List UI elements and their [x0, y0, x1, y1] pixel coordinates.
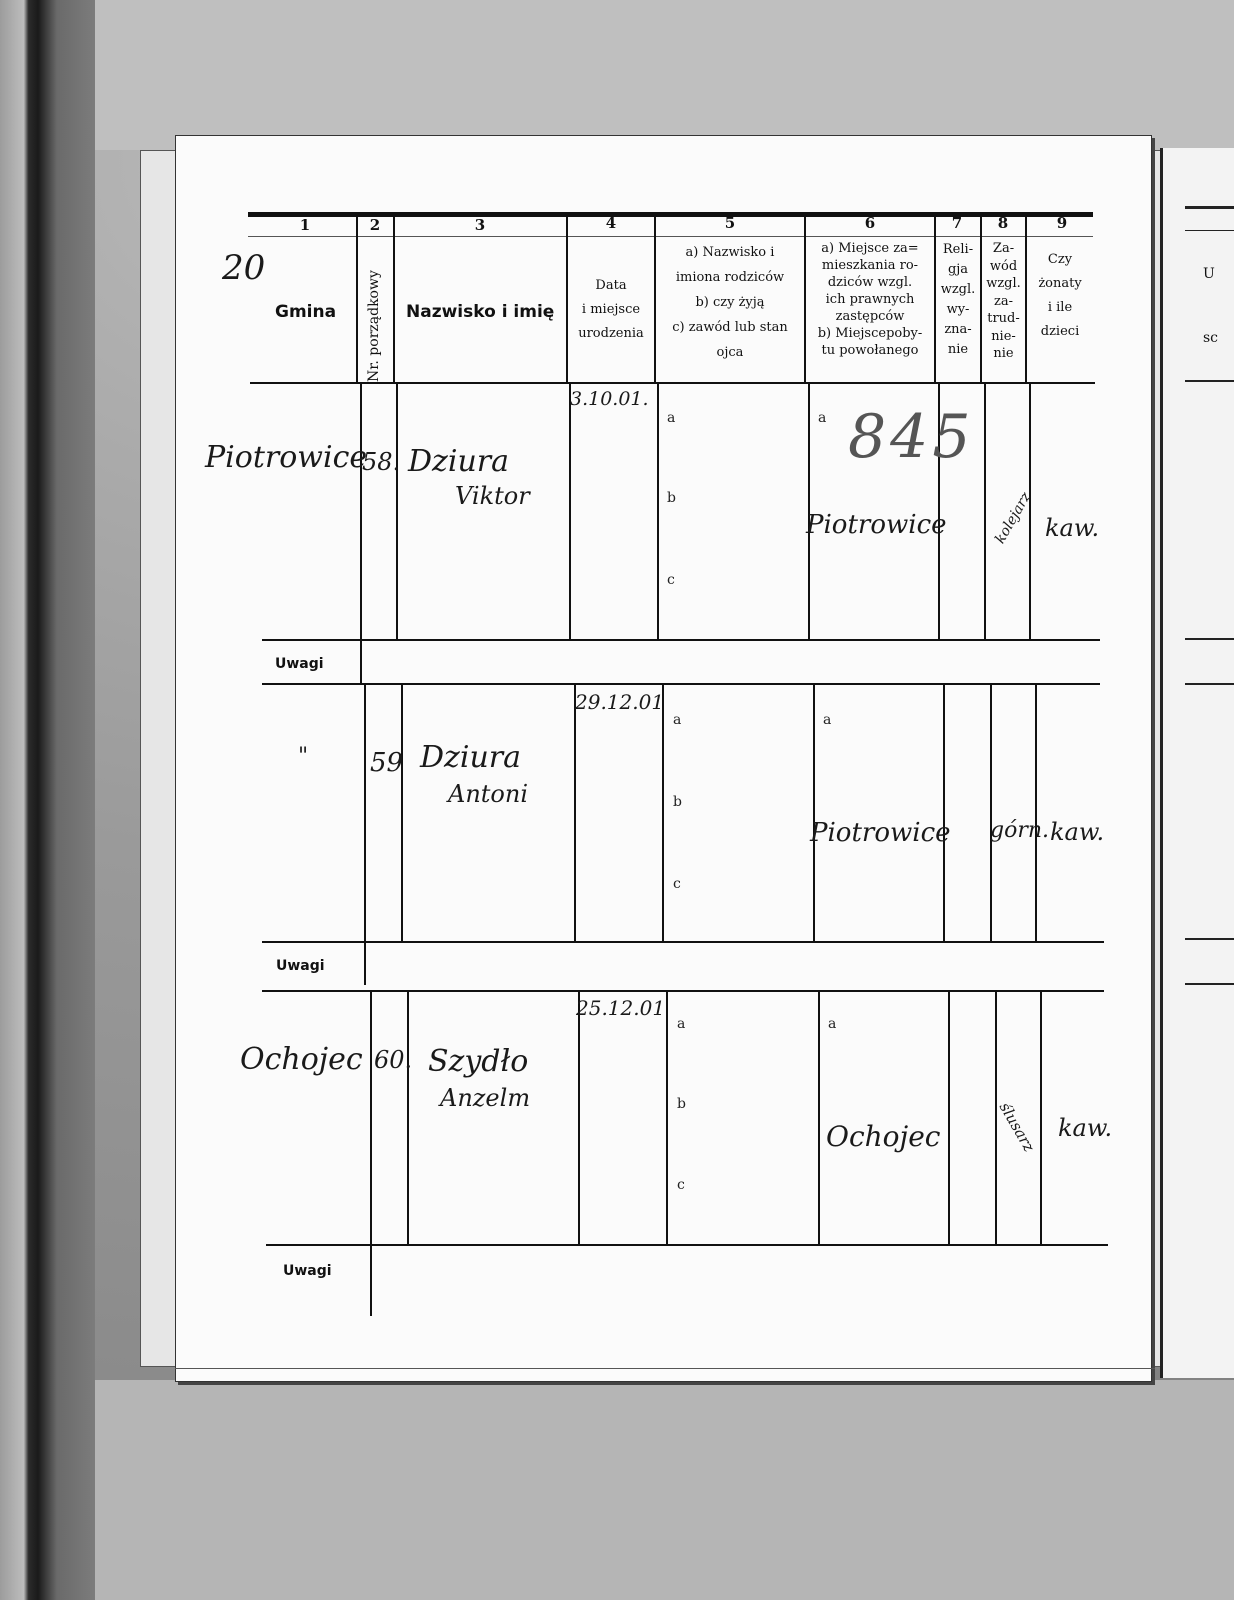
col-divider: [356, 216, 358, 384]
entry-nr: 58.: [362, 448, 400, 476]
scan-top-margin: [95, 0, 1234, 150]
col-number-2: 2: [358, 216, 392, 234]
adjacent-rule: [1185, 230, 1234, 231]
entry-gmina: Piotrowice: [205, 440, 367, 475]
sub-label-a: a: [667, 410, 675, 426]
entry-rule: [262, 941, 1104, 943]
col-divider: [813, 685, 815, 941]
col-divider: [569, 384, 571, 640]
header-religia: Reli- gja wzgl. wy- zna- nie: [936, 240, 980, 360]
col-divider: [364, 685, 366, 985]
header-data-urodzenia: Data i miejsce urodzenia: [568, 274, 654, 346]
header-miejsce-zamieszkania: a) Miejsce za= mieszkania ro- dziców wzg…: [806, 240, 934, 359]
col-divider: [396, 384, 398, 640]
entry-marital: kaw.: [1045, 514, 1099, 542]
col-divider: [666, 991, 668, 1245]
adjacent-text: U: [1203, 266, 1215, 282]
page-bottom-edge: [175, 1368, 1155, 1369]
entry-given-name: Viktor: [455, 482, 530, 510]
col-number-5: 5: [705, 214, 755, 232]
entry-occupation: górn.: [990, 818, 1049, 843]
col-number-9: 9: [1037, 214, 1087, 232]
entry-rule: [262, 639, 1100, 641]
page-number: 20: [222, 248, 265, 288]
scan-bottom-margin: [95, 1380, 1234, 1600]
entry-given-name: Anzelm: [440, 1084, 530, 1112]
entry-nr: 59: [370, 748, 403, 778]
col-divider: [818, 991, 820, 1245]
entry-birth-date: 29.12.01: [575, 690, 664, 714]
col-divider: [995, 991, 997, 1245]
entry-birth-date: 25.12.01: [576, 996, 665, 1020]
col-divider: [984, 384, 986, 640]
sub-label-c: c: [677, 1177, 685, 1193]
col-divider: [370, 991, 372, 1316]
sub-label-b: b: [673, 794, 682, 810]
col-divider: [657, 384, 659, 640]
entry-rule: [262, 683, 1100, 685]
col-divider: [393, 216, 395, 384]
header-rodzice: a) Nazwisko i imiona rodziców b) czy żyj…: [656, 240, 804, 365]
col-divider: [407, 991, 409, 1245]
sub-label-a: a: [828, 1016, 836, 1032]
header-zawod: Za- wód wzgl. za- trud- nie- nie: [982, 240, 1025, 363]
sub-label-b: b: [667, 490, 676, 506]
entry-surname: Dziura: [420, 740, 521, 775]
adjacent-rule: [1185, 206, 1234, 209]
col-number-1: 1: [280, 216, 330, 234]
adjacent-rule: [1185, 638, 1234, 640]
adjacent-text: sc: [1203, 330, 1218, 346]
col-number-7: 7: [936, 214, 978, 232]
header-number-rule: [248, 236, 1093, 237]
col-divider: [662, 685, 664, 941]
entry-residence: Ochojec: [826, 1120, 940, 1153]
col-number-3: 3: [455, 216, 505, 234]
entry-gmina: ": [298, 744, 308, 769]
header-gmina: Gmina: [275, 302, 336, 322]
header-zonaty: Czy żonaty i ile dzieci: [1027, 248, 1093, 344]
remarks-label: Uwagi: [283, 1263, 332, 1279]
entry-birth-date: 3.10.01.: [570, 388, 649, 410]
entry-marital: kaw.: [1050, 818, 1104, 846]
entry-residence: Piotrowice: [810, 818, 951, 848]
sub-label-a: a: [823, 712, 831, 728]
remarks-label: Uwagi: [275, 656, 324, 672]
remarks-label: Uwagi: [276, 958, 325, 974]
book-binding-edge: [0, 0, 95, 1600]
col-divider: [990, 685, 992, 941]
sub-label-c: c: [667, 572, 675, 588]
sub-label-a: a: [677, 1016, 685, 1032]
col-divider: [574, 685, 576, 941]
col-divider: [1040, 991, 1042, 1245]
entry-residence: Piotrowice: [806, 510, 947, 540]
col-divider: [943, 685, 945, 941]
sub-label-a: a: [673, 712, 681, 728]
adjacent-rule: [1185, 683, 1234, 685]
header-nazwisko-imie: Nazwisko i imię: [406, 302, 554, 322]
header-nr-porzadkowy: Nr. porządkowy: [366, 270, 382, 382]
col-number-6: 6: [845, 214, 895, 232]
col-divider: [578, 991, 580, 1245]
adjacent-rule: [1185, 983, 1234, 985]
entry-nr: 60.: [374, 1046, 412, 1074]
col-number-8: 8: [982, 214, 1024, 232]
adjacent-page: U sc: [1160, 148, 1234, 1378]
adjacent-rule: [1185, 380, 1234, 382]
col-divider: [1035, 685, 1037, 941]
entry-marital: kaw.: [1058, 1114, 1112, 1142]
pencil-annotation: 845: [848, 402, 975, 472]
sub-label-c: c: [673, 876, 681, 892]
entry-rule: [262, 990, 1104, 992]
entry-surname: Szydło: [428, 1044, 528, 1079]
entry-surname: Dziura: [408, 444, 509, 479]
col-divider: [401, 685, 403, 941]
sub-label-b: b: [677, 1096, 686, 1112]
col-divider: [948, 991, 950, 1245]
col-number-4: 4: [586, 214, 636, 232]
entry-rule: [266, 1244, 1108, 1246]
adjacent-rule: [1185, 938, 1234, 940]
entry-given-name: Antoni: [448, 780, 528, 808]
entry-gmina: Ochojec: [240, 1042, 363, 1077]
col-divider: [1029, 384, 1031, 640]
sub-label-a: a: [818, 410, 826, 426]
header-bottom-rule: [250, 382, 1095, 384]
